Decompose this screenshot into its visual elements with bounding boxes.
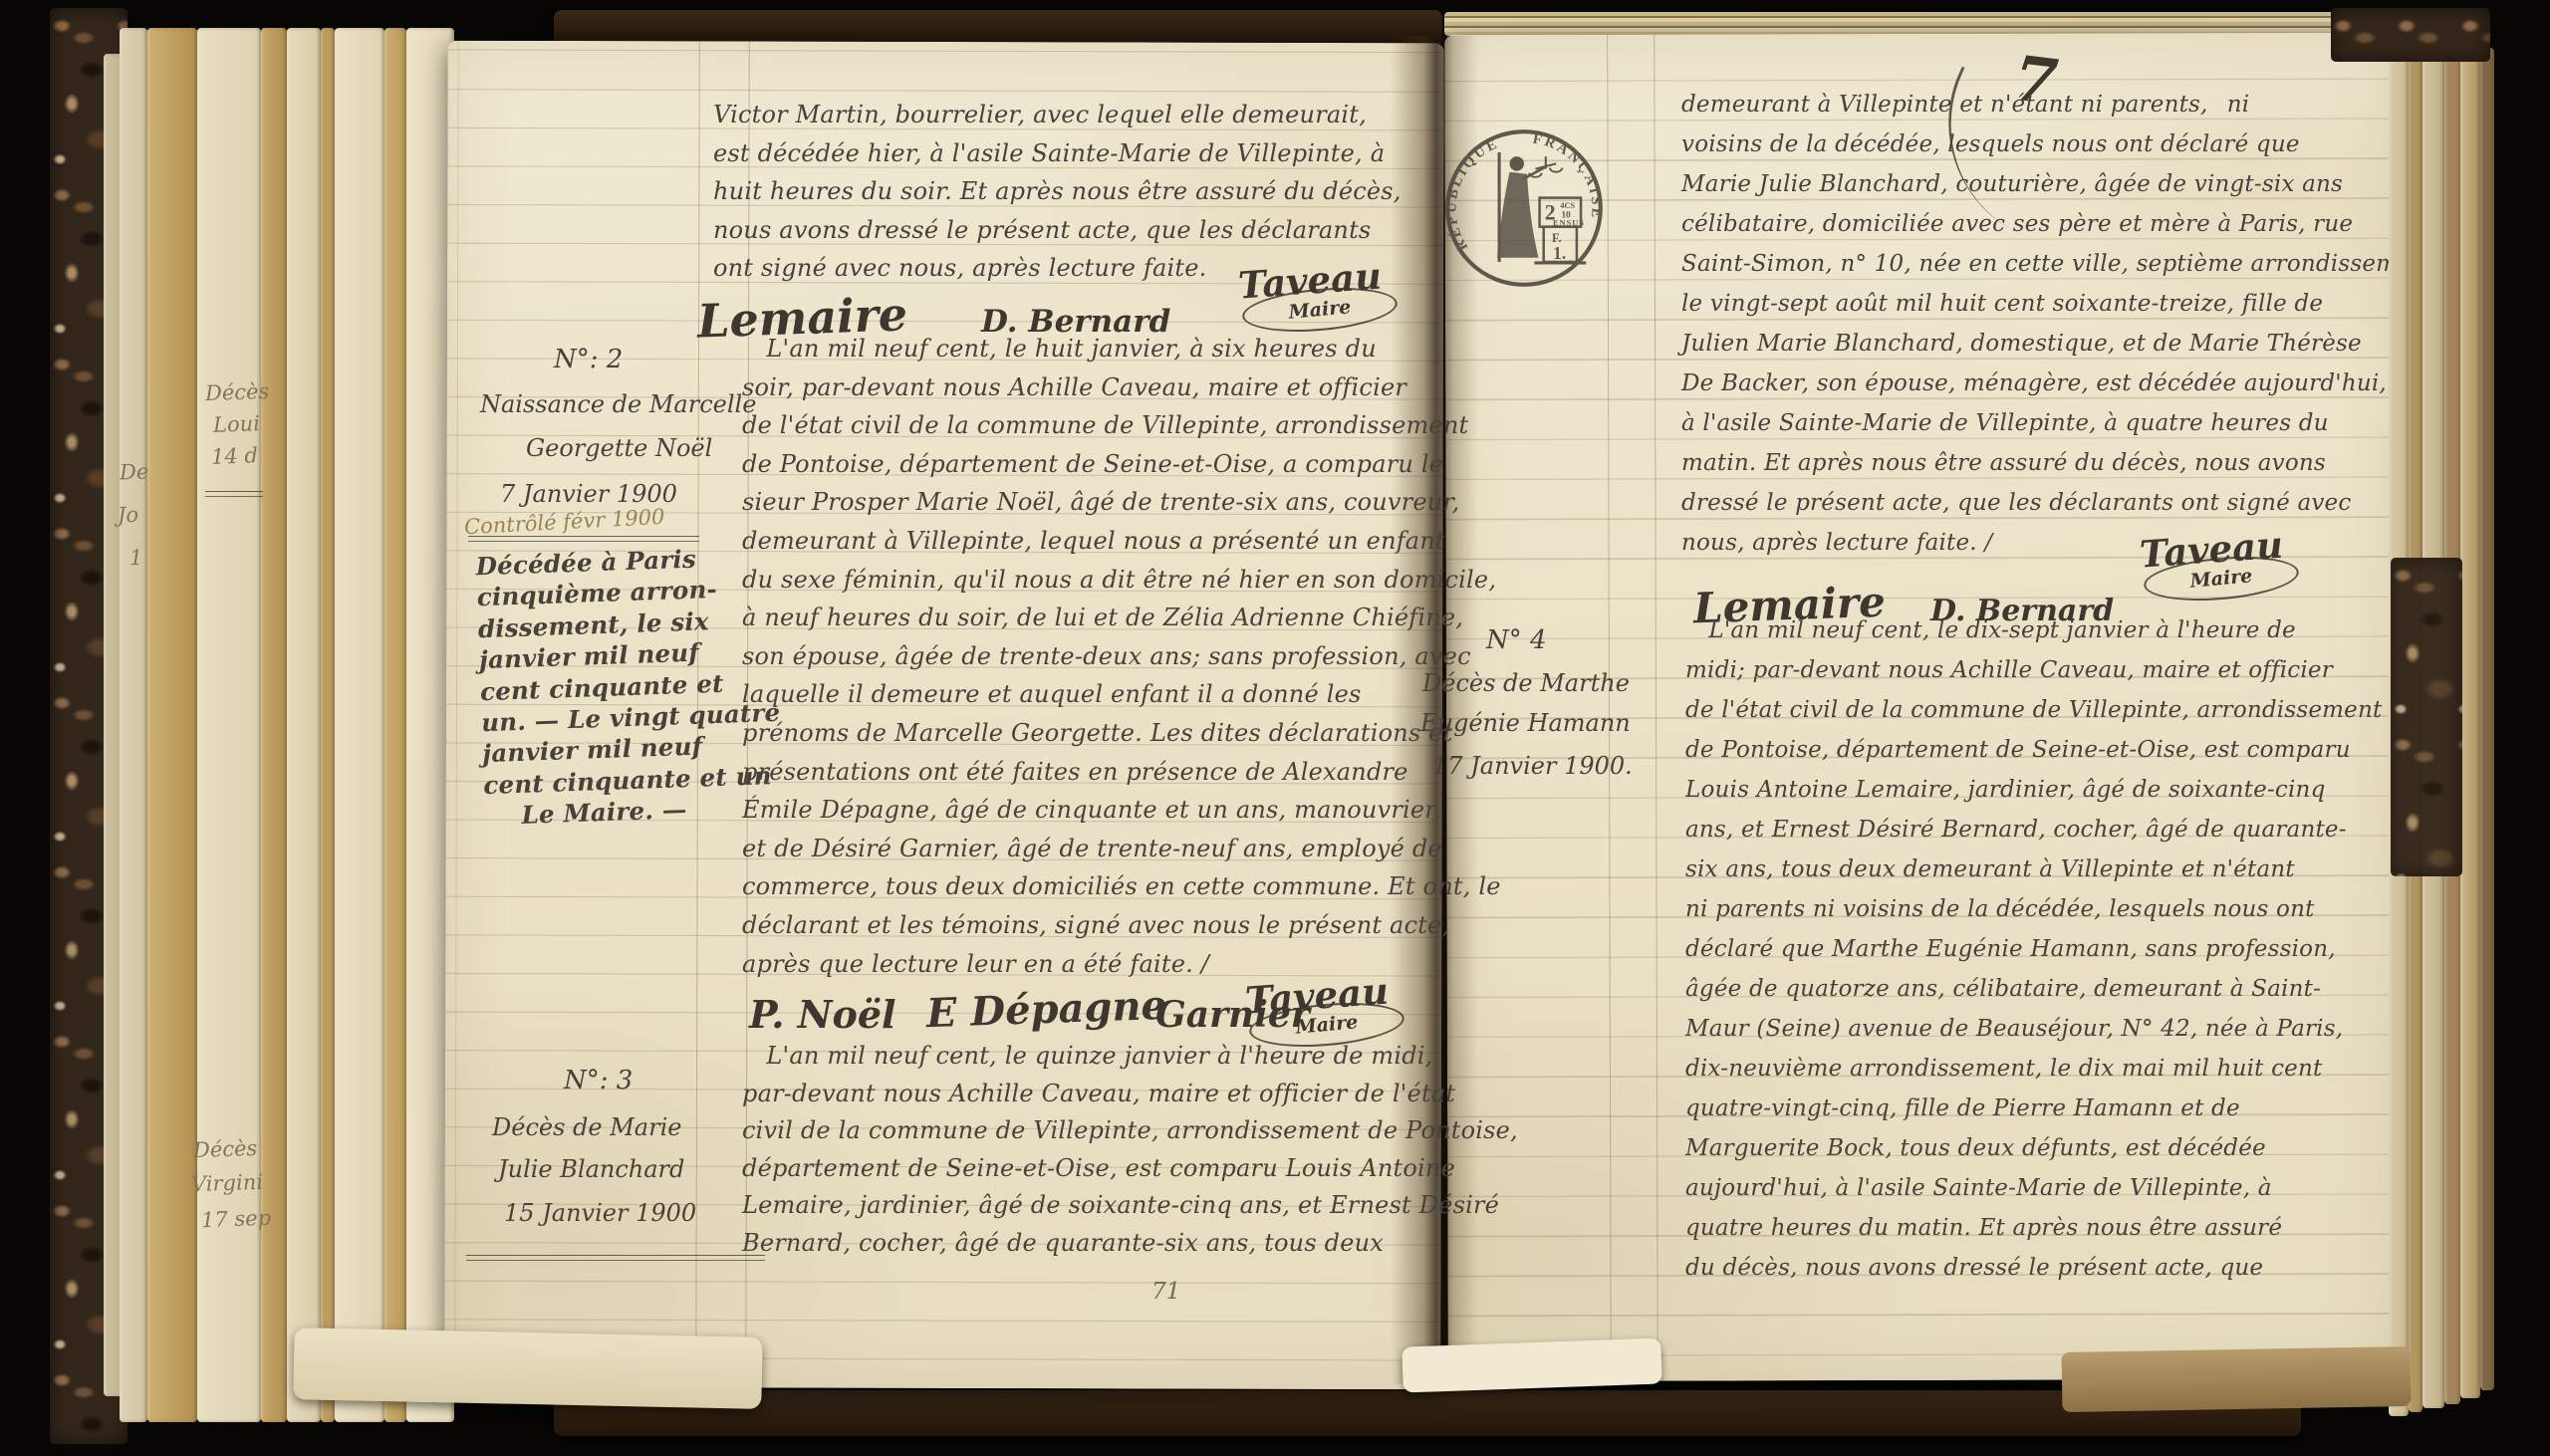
handwritten-line: six ans, tous deux demeurant à Villepint… xyxy=(1685,849,2389,889)
handwritten-line: voisins de la décédée, lesquels nous ont… xyxy=(1681,124,2385,164)
page-edge xyxy=(335,28,384,1422)
handwritten-line: nous avons dressé le présent acte, que l… xyxy=(713,211,1430,250)
edge-fragment-text: Jo xyxy=(118,503,139,528)
handwritten-line: présentations ont été faites en présence… xyxy=(742,753,1434,792)
record-3-margin-title: Julie Blanchard xyxy=(498,1155,684,1183)
handwritten-line: déclarant et les témoins, signé avec nou… xyxy=(742,906,1434,945)
handwritten-line: à l'asile Sainte-Marie de Villepinte, à … xyxy=(1681,403,2385,443)
handwritten-line: L'an mil neuf cent, le huit janvier, à s… xyxy=(742,330,1434,368)
margin-underline xyxy=(205,491,263,497)
handwritten-line: par-devant nous Achille Caveau, maire et… xyxy=(742,1076,1434,1113)
handwritten-line: et de Désiré Garnier, âgé de trente-neuf… xyxy=(742,830,1434,868)
record-2-margin-posthume-note: Décédée à Pariscinquième arron-dissement… xyxy=(475,541,784,833)
handwritten-line: Émile Dépagne, âgé de cinquante et un an… xyxy=(742,791,1434,830)
handwritten-line: dressé le présent acte, que les déclaran… xyxy=(1681,483,2385,523)
record-2-margin-title: Naissance de Marcelle xyxy=(480,390,756,418)
handwritten-line: commerce, tous deux domiciliés en cette … xyxy=(742,867,1434,906)
record-3-body-text: L'an mil neuf cent, le quinze janvier à … xyxy=(742,1038,1434,1263)
handwritten-line: Louis Antoine Lemaire, jardinier, âgé de… xyxy=(1685,770,2389,810)
handwritten-line: Victor Martin, bourrelier, avec lequel e… xyxy=(713,96,1430,134)
handwritten-line: du décès, nous avons dressé le présent a… xyxy=(1685,1248,2389,1288)
handwritten-line: ans, et Ernest Désiré Bernard, cocher, â… xyxy=(1685,810,2389,849)
edge-fragment-text: 1 xyxy=(129,546,143,570)
stamp-value-block: 2 4CS 10 ENSUS F. 1. xyxy=(1540,198,1585,263)
edge-fragment-text: 17 sep xyxy=(201,1206,272,1232)
archive-book-photo: De Jo 1 Décès Loui 14 d Décès Virgini 17… xyxy=(0,0,2550,1456)
edge-fragment-text: Loui xyxy=(213,411,261,437)
handwritten-line: à neuf heures du soir, de lui et de Zéli… xyxy=(742,599,1434,637)
page-edge xyxy=(321,28,335,1422)
signature-depagne: E Dépagne xyxy=(925,982,1166,1037)
handwritten-line: dix-neuvième arrondissement, le dix mai … xyxy=(1685,1049,2389,1089)
record-2-margin-title: Georgette Noël xyxy=(526,434,712,462)
handwritten-line: demeurant à Villepinte, lequel nous a pr… xyxy=(742,522,1434,561)
page-edge xyxy=(2480,48,2494,1390)
margin-underline xyxy=(468,536,699,542)
handwritten-line: de Pontoise, département de Seine-et-Ois… xyxy=(1685,730,2389,770)
handwritten-line: le vingt-sept août mil huit cent soixant… xyxy=(1681,284,2385,324)
edge-fragment-text: Décès xyxy=(193,1136,258,1162)
edge-fragment-text: De xyxy=(120,459,149,484)
record-2-margin-date: 7 Janvier 1900 xyxy=(500,480,677,508)
handwritten-line: Saint-Simon, n° 10, née en cette ville, … xyxy=(1681,244,2385,284)
handwritten-line: matin. Et après nous être assuré du décè… xyxy=(1681,443,2385,483)
loose-pages-bottom-right xyxy=(2062,1346,2412,1412)
record-4-margin-title: Décès de Marthe xyxy=(1422,669,1630,697)
handwritten-line: huit heures du soir. Et après nous être … xyxy=(713,172,1430,211)
book-cover-marbled-right-top xyxy=(2331,8,2490,62)
handwritten-line: soir, par-devant nous Achille Caveau, ma… xyxy=(742,368,1434,407)
folio-number-pencil: 71 xyxy=(1151,1279,1180,1305)
handwritten-line: civil de la commune de Villepinte, arron… xyxy=(742,1112,1434,1150)
page-edge xyxy=(147,28,197,1422)
handwritten-line: son épouse, âgée de trente-deux ans; san… xyxy=(742,637,1434,676)
handwritten-line: L'an mil neuf cent, le quinze janvier à … xyxy=(742,1038,1434,1076)
edge-fragment-text: Décès xyxy=(205,379,270,405)
handwritten-line: Lemaire, jardinier, âgé de soixante-cinq… xyxy=(742,1187,1434,1225)
handwritten-line: de l'état civil de la commune de Villepi… xyxy=(742,406,1434,445)
revenue-stamp: RÉPUBLIQUE FRANÇAISE 2 4CS 10 ENSUS F. 1… xyxy=(1441,125,1607,291)
handwritten-line: âgée de quatorze ans, célibataire, demeu… xyxy=(1685,969,2389,1009)
handwritten-line: célibataire, domiciliée avec ses père et… xyxy=(1681,204,2385,244)
margin-underline xyxy=(466,1255,765,1261)
mayor-signature-taveau: Taveau Maire xyxy=(2140,526,2329,606)
signature-noel: P. Noël xyxy=(749,992,895,1037)
book-cover-marbled-right xyxy=(2391,558,2462,876)
handwritten-line: quatre-vingt-cinq, fille de Pierre Haman… xyxy=(1685,1089,2389,1128)
signature-title: Maire xyxy=(1288,296,1352,323)
record-3-margin-date: 15 Janvier 1900 xyxy=(504,1199,696,1227)
handwritten-line: de Pontoise, département de Seine-et-Ois… xyxy=(742,445,1434,484)
svg-text:1.: 1. xyxy=(1553,243,1566,263)
handwritten-line: midi; par-devant nous Achille Caveau, ma… xyxy=(1685,650,2389,690)
record-4-margin-number: N° 4 xyxy=(1486,625,1547,655)
handwritten-line: de l'état civil de la commune de Villepi… xyxy=(1685,690,2389,730)
handwritten-line: demeurant à Villepinte et n'étant ni par… xyxy=(1681,85,2385,124)
handwritten-line: déclaré que Marthe Eugénie Hamann, sans … xyxy=(1685,929,2389,969)
handwritten-line: est décédée hier, à l'asile Sainte-Marie… xyxy=(713,134,1430,173)
mayor-signature-taveau: Taveau Maire xyxy=(1238,257,1427,337)
record-3-continued-body-text: demeurant à Villepinte et n'étant ni par… xyxy=(1681,85,2385,563)
handwritten-line: Marie Julie Blanchard, couturière, âgée … xyxy=(1681,164,2385,204)
cover-bottom-edge xyxy=(554,1390,2301,1436)
edge-fragment-text: 14 d xyxy=(211,443,259,469)
handwritten-line: Marguerite Bock, tous deux défunts, est … xyxy=(1685,1128,2389,1168)
handwritten-line: aujourd'hui, à l'asile Sainte-Marie de V… xyxy=(1685,1168,2389,1208)
handwritten-line: ni parents ni voisins de la décédée, les… xyxy=(1685,889,2389,929)
signature-title: Maire xyxy=(2189,565,2253,592)
loose-page-bottom-center xyxy=(1402,1337,1661,1392)
handwritten-line: du sexe féminin, qu'il nous a dit être n… xyxy=(742,561,1434,600)
edge-fragment-text: Virgini xyxy=(191,1170,264,1196)
handwritten-line: Maur (Seine) avenue de Beauséjour, N° 42… xyxy=(1685,1009,2389,1049)
record-4-margin-title: Eugénie Hamann xyxy=(1420,709,1631,737)
handwritten-line: laquelle il demeure et auquel enfant il … xyxy=(742,675,1434,714)
handwritten-line: Bernard, cocher, âgé de quarante-six ans… xyxy=(742,1225,1434,1263)
signature-title: Maire xyxy=(1295,1011,1359,1038)
page-edge xyxy=(287,28,321,1422)
page-edge xyxy=(120,28,147,1422)
record-4-body-text: L'an mil neuf cent, le dix-sept janvier … xyxy=(1685,610,2389,1288)
handwritten-line: De Backer, son épouse, ménagère, est déc… xyxy=(1681,364,2385,403)
page-edge xyxy=(2460,42,2480,1398)
record-3-margin-number: N°: 3 xyxy=(564,1066,633,1095)
loose-page-bottom-left xyxy=(293,1328,762,1409)
page-edge xyxy=(384,28,406,1422)
handwritten-line: prénoms de Marcelle Georgette. Les dites… xyxy=(742,714,1434,753)
handwritten-line: quatre heures du matin. Et après nous êt… xyxy=(1685,1208,2389,1248)
svg-text:4CS: 4CS xyxy=(1560,201,1575,210)
record-4-margin-date: 17 Janvier 1900. xyxy=(1432,752,1633,780)
record-2-margin-number: N°: 2 xyxy=(554,345,623,374)
record-2-body-text: L'an mil neuf cent, le huit janvier, à s… xyxy=(742,330,1434,983)
handwritten-line: Julien Marie Blanchard, domestique, et d… xyxy=(1681,324,2385,364)
record-3-margin-title: Décès de Marie xyxy=(492,1113,681,1141)
handwritten-line: sieur Prosper Marie Noël, âgé de trente-… xyxy=(742,483,1434,522)
handwritten-line: département de Seine-et-Oise, est compar… xyxy=(742,1150,1434,1188)
handwritten-line: L'an mil neuf cent, le dix-sept janvier … xyxy=(1685,610,2389,650)
